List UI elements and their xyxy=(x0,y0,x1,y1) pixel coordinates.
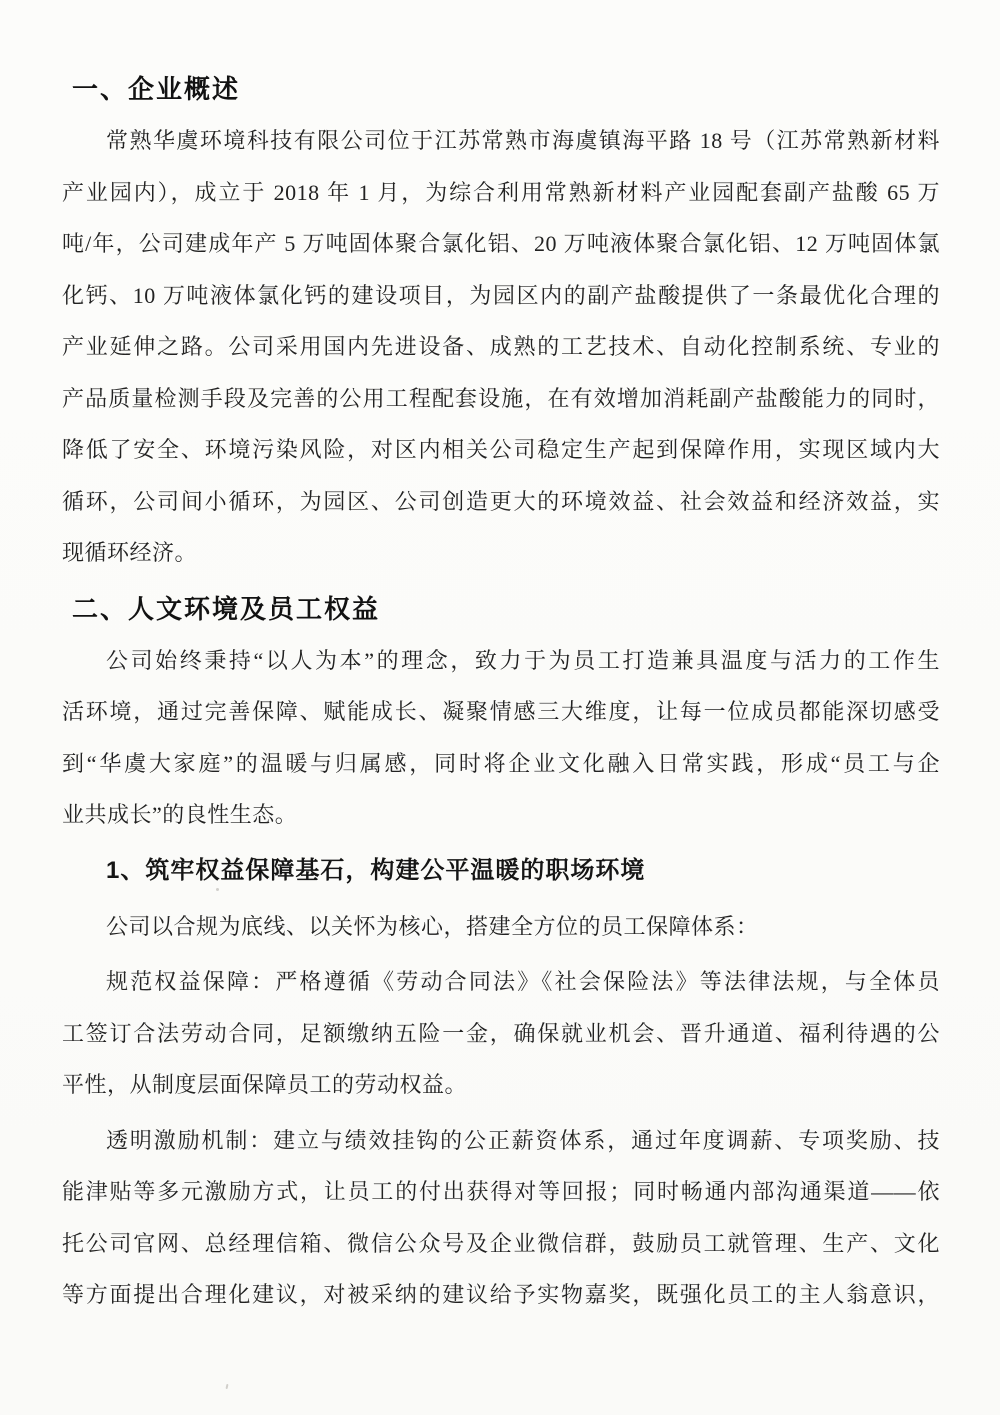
text-line: 降低了安全、环境污染风险，对区内相关公司稳定生产起到保障作用，实现区域内大 xyxy=(62,424,940,476)
text-line: 现循环经济。 xyxy=(62,527,940,579)
text-line: 平性，从制度层面保障员工的劳动权益。 xyxy=(62,1059,940,1111)
document-content: 一、企业概述常熟华虞环境科技有限公司位于江苏常熟市海虞镇海平路 18 号（江苏常… xyxy=(62,63,940,1325)
text-line: 能津贴等多元激励方式，让员工的付出获得对等回报；同时畅通内部沟通渠道——依 xyxy=(62,1166,940,1218)
rights-protection-paragraph: 规范权益保障：严格遵循《劳动合同法》《社会保险法》等法律法规，与全体员工签订合法… xyxy=(62,956,940,1111)
text-line: 等方面提出合理化建议，对被采纳的建议给予实物嘉奖，既强化员工的主人翁意识， xyxy=(62,1269,940,1321)
text-line: 产业延伸之路。公司采用国内先进设备、成熟的工艺技术、自动化控制系统、专业的 xyxy=(62,321,940,373)
text-line: 业共成长”的良性生态。 xyxy=(62,789,940,841)
text-line: 化钙、10 万吨液体氯化钙的建设项目，为园区内的副产盐酸提供了一条最优化合理的 xyxy=(62,270,940,322)
text-line: 工签订合法劳动合同，足额缴纳五险一金，确保就业机会、晋升通道、福利待遇的公 xyxy=(62,1008,940,1060)
incentive-mechanism-paragraph: 透明激励机制：建立与绩效挂钩的公正薪资体系，通过年度调薪、专项奖励、技能津贴等多… xyxy=(62,1115,940,1321)
text-line: 活环境，通过完善保障、赋能成长、凝聚情感三大维度，让每一位成员都能深切感受 xyxy=(62,686,940,738)
text-line: 循环，公司间小循环，为园区、公司创造更大的环境效益、社会效益和经济效益，实 xyxy=(62,476,940,528)
text-line: 到“华虞大家庭”的温暖与归属感，同时将企业文化融入日常实践，形成“员工与企 xyxy=(62,738,940,790)
document-page: 一、企业概述常熟华虞环境科技有限公司位于江苏常熟市海虞镇海平路 18 号（江苏常… xyxy=(0,0,1000,1415)
text-line: 公司以合规为底线、以关怀为核心，搭建全方位的员工保障体系： xyxy=(62,901,940,953)
guarantee-system-lead-paragraph: 公司以合规为底线、以关怀为核心，搭建全方位的员工保障体系： xyxy=(62,901,940,953)
section-2-heading: 二、人文环境及员工权益 xyxy=(72,583,940,635)
text-line: 透明激励机制：建立与绩效挂钩的公正薪资体系，通过年度调薪、专项奖励、技 xyxy=(62,1115,940,1167)
text-line: 产业园内），成立于 2018 年 1 月，为综合利用常熟新材料产业园配套副产盐酸… xyxy=(62,167,940,219)
people-first-paragraph: 公司始终秉持“以人为本”的理念，致力于为员工打造兼具温度与活力的工作生活环境，通… xyxy=(62,635,940,841)
text-line: 规范权益保障：严格遵循《劳动合同法》《社会保险法》等法律法规，与全体员 xyxy=(62,956,940,1008)
text-line: 吨/年，公司建成年产 5 万吨固体聚合氯化铝、20 万吨液体聚合氯化铝、12 万… xyxy=(62,218,940,270)
company-overview-paragraph: 常熟华虞环境科技有限公司位于江苏常熟市海虞镇海平路 18 号（江苏常熟新材料产业… xyxy=(62,115,940,579)
text-line: 产品质量检测手段及完善的公用工程配套设施，在有效增加消耗副产盐酸能力的同时， xyxy=(62,373,940,425)
subsection-1-heading: 1、筑牢权益保障基石，构建公平温暖的职场环境 xyxy=(106,845,940,897)
text-line: 托公司官网、总经理信箱、微信公众号及企业微信群，鼓励员工就管理、生产、文化 xyxy=(62,1218,940,1270)
scan-speck xyxy=(226,1384,229,1389)
section-1-heading: 一、企业概述 xyxy=(72,63,940,115)
text-line: 常熟华虞环境科技有限公司位于江苏常熟市海虞镇海平路 18 号（江苏常熟新材料 xyxy=(62,115,940,167)
scan-speck xyxy=(216,888,219,891)
text-line: 公司始终秉持“以人为本”的理念，致力于为员工打造兼具温度与活力的工作生 xyxy=(62,635,940,687)
